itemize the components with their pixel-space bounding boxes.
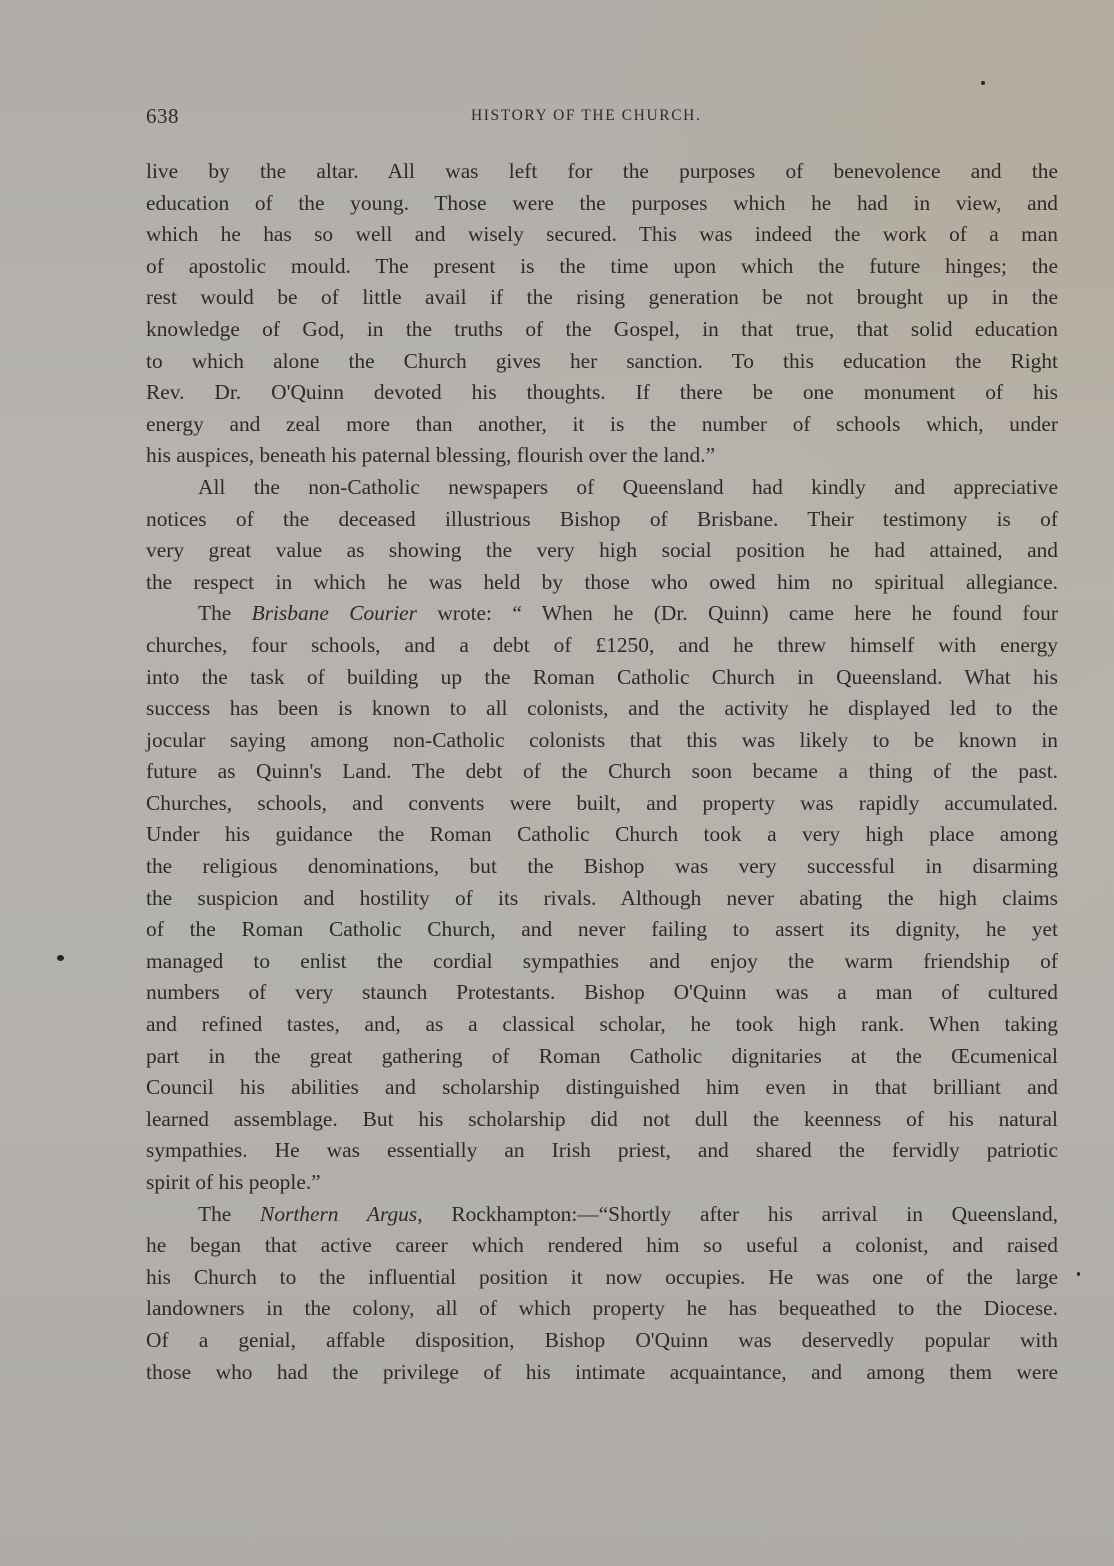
- text-line: to which alone the Church gives her sanc…: [146, 346, 1058, 378]
- ink-speck: [57, 955, 64, 961]
- text-line: learned assemblage. But his scholarship …: [146, 1104, 1058, 1136]
- text-line: notices of the deceased illustrious Bish…: [146, 504, 1058, 536]
- scanned-page: 638 HISTORY OF THE CHURCH. live by the a…: [0, 0, 1114, 1566]
- text-line: and refined tastes, and, as a classical …: [146, 1009, 1058, 1041]
- text-line: Under his guidance the Roman Catholic Ch…: [146, 819, 1058, 851]
- text-line: The Northern Argus, Rockhampton:—“Shortl…: [146, 1199, 1058, 1231]
- text-line: Council his abilities and scholarship di…: [146, 1072, 1058, 1104]
- text-line: spirit of his people.”: [146, 1167, 1058, 1199]
- text-line: education of the young. Those were the p…: [146, 188, 1058, 220]
- text-line: his Church to the influential position i…: [146, 1262, 1058, 1294]
- text-line: the respect in which he was held by thos…: [146, 567, 1058, 599]
- text-line: Churches, schools, and convents were bui…: [146, 788, 1058, 820]
- text-fragment: The: [198, 601, 252, 625]
- text-line: landowners in the colony, all of which p…: [146, 1293, 1058, 1325]
- text-line: knowledge of God, in the truths of the G…: [146, 314, 1058, 346]
- running-head: HISTORY OF THE CHURCH.: [471, 107, 701, 125]
- text-line: of apostolic mould. The present is the t…: [146, 251, 1058, 283]
- text-line: live by the altar. All was left for the …: [146, 156, 1058, 188]
- text-line: managed to enlist the cordial sympathies…: [146, 946, 1058, 978]
- ink-speck: [981, 81, 985, 85]
- text-fragment: , Rockhampton:—“Shortly after his arriva…: [417, 1202, 1058, 1226]
- text-line: the suspicion and hostility of its rival…: [146, 883, 1058, 915]
- text-line: Of a genial, affable disposition, Bishop…: [146, 1325, 1058, 1357]
- text-line: rest would be of little avail if the ris…: [146, 282, 1058, 314]
- text-line: Rev. Dr. O'Quinn devoted his thoughts. I…: [146, 377, 1058, 409]
- page-number: 638: [146, 104, 179, 129]
- body-text: live by the altar. All was left for the …: [146, 156, 1058, 1388]
- text-line: jocular saying among non-Catholic coloni…: [146, 725, 1058, 757]
- text-line: future as Quinn's Land. The debt of the …: [146, 756, 1058, 788]
- text-line: energy and zeal more than another, it is…: [146, 409, 1058, 441]
- text-line: into the task of building up the Roman C…: [146, 662, 1058, 694]
- text-line: numbers of very staunch Protestants. Bis…: [146, 977, 1058, 1009]
- text-fragment: The: [198, 1202, 260, 1226]
- text-line: sympathies. He was essentially an Irish …: [146, 1135, 1058, 1167]
- text-line: part in the great gathering of Roman Cat…: [146, 1041, 1058, 1073]
- text-line: of the Roman Catholic Church, and never …: [146, 914, 1058, 946]
- page-header: 638 HISTORY OF THE CHURCH.: [146, 104, 1058, 132]
- text-line: which he has so well and wisely secured.…: [146, 219, 1058, 251]
- text-line: those who had the privilege of his intim…: [146, 1357, 1058, 1389]
- newspaper-title: Brisbane Courier: [252, 601, 417, 625]
- text-line: he began that active career which render…: [146, 1230, 1058, 1262]
- text-line: his auspices, beneath his paternal bless…: [146, 440, 1058, 472]
- ink-speck: [1077, 1272, 1080, 1276]
- text-line: All the non-Catholic newspapers of Queen…: [146, 472, 1058, 504]
- text-line: The Brisbane Courier wrote: “ When he (D…: [146, 598, 1058, 630]
- text-line: churches, four schools, and a debt of £1…: [146, 630, 1058, 662]
- text-fragment: wrote: “ When he (Dr. Quinn) came here h…: [417, 601, 1058, 625]
- text-line: very great value as showing the very hig…: [146, 535, 1058, 567]
- text-line: success has been is known to all colonis…: [146, 693, 1058, 725]
- newspaper-title: Northern Argus: [260, 1202, 417, 1226]
- text-line: the religious denominations, but the Bis…: [146, 851, 1058, 883]
